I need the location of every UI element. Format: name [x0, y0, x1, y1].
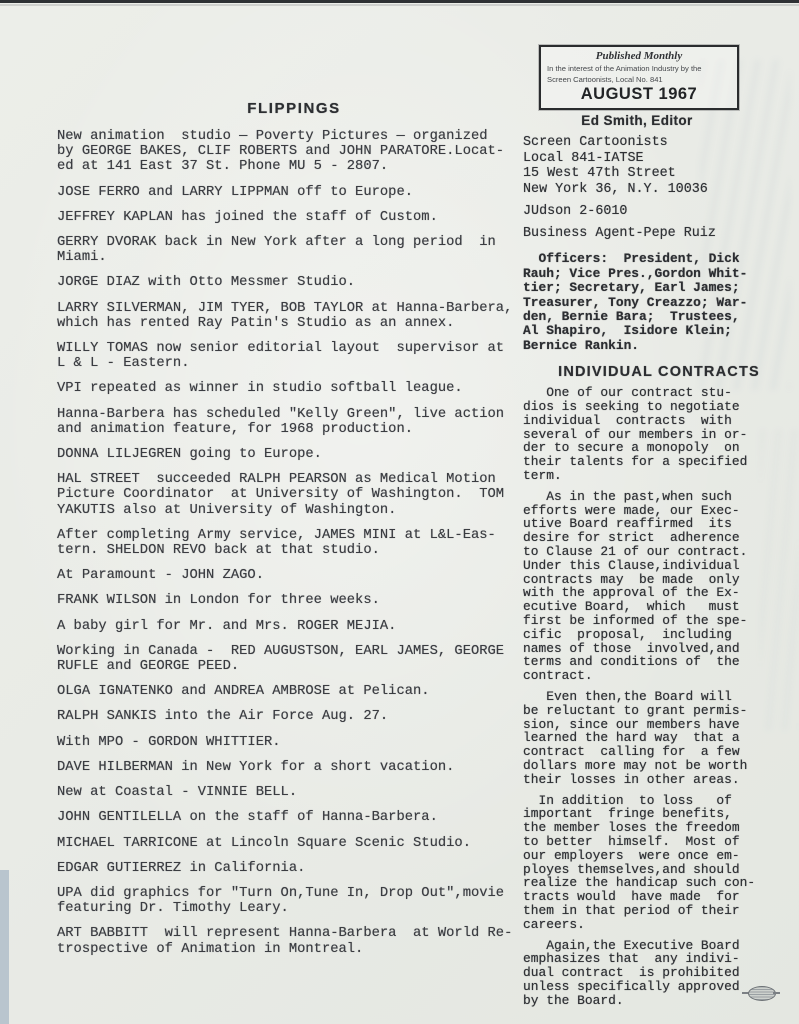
address-line: Local 841-IATSE [523, 151, 795, 167]
news-item: JEFFREY KAPLAN has joined the staff of C… [57, 210, 531, 225]
news-item: UPA did graphics for "Turn On,Tune In, D… [57, 886, 531, 916]
masthead-org-line: Screen Cartoonists, Local No. 841 [545, 75, 733, 84]
news-item: JOSE FERRO and LARRY LIPPMAN off to Euro… [57, 185, 531, 200]
news-item: At Paramount - JOHN ZAGO. [57, 568, 531, 583]
news-item: Hanna-Barbera has scheduled "Kelly Green… [57, 407, 531, 437]
news-item: FRANK WILSON in London for three weeks. [57, 593, 531, 608]
news-item: JOHN GENTILELLA on the staff of Hanna-Ba… [57, 810, 531, 825]
news-item: LARRY SILVERMAN, JIM TYER, BOB TAYLOR at… [57, 301, 531, 331]
masthead-column: Published Monthly In the interest of the… [523, 45, 795, 1014]
contracts-paragraph: As in the past,when such efforts were ma… [523, 490, 795, 683]
news-item: New animation studio — Poverty Pictures … [57, 129, 531, 175]
masthead-box: Published Monthly In the interest of the… [539, 45, 739, 110]
contracts-paragraph: In addition to loss of important fringe … [523, 794, 795, 932]
address-line: 15 West 47th Street [523, 166, 795, 182]
news-item: HAL STREET succeeded RALPH PEARSON as Me… [57, 472, 531, 518]
scan-left-edge [0, 870, 9, 1024]
address-line: New York 36, N.Y. 10036 [523, 182, 795, 198]
news-item: ART BABBITT will represent Hanna-Barbera… [57, 926, 531, 956]
published-monthly-line: Published Monthly [545, 50, 733, 62]
news-item: RALPH SANKIS into the Air Force Aug. 27. [57, 709, 531, 724]
news-item: A baby girl for Mr. and Mrs. ROGER MEJIA… [57, 619, 531, 634]
news-item: EDGAR GUTIERREZ in California. [57, 861, 531, 876]
contracts-paragraph: Even then,the Board will be reluctant to… [523, 690, 795, 787]
address-line: Screen Cartoonists [523, 135, 795, 151]
news-item: After completing Army service, JAMES MIN… [57, 528, 531, 558]
news-item: Working in Canada - RED AUGUSTSON, EARL … [57, 644, 531, 674]
individual-contracts-heading: INDIVIDUAL CONTRACTS [523, 364, 795, 380]
union-bug-icon [742, 985, 780, 1001]
masthead-interest-line: In the interest of the Animation Industr… [545, 64, 733, 73]
news-item: JORGE DIAZ with Otto Messmer Studio. [57, 275, 531, 290]
union-bug-right-spike [773, 992, 780, 994]
issue-date: AUGUST 1967 [545, 85, 733, 104]
officers-list: Officers: President, Dick Rauh; Vice Pre… [523, 252, 795, 353]
news-item: WILLY TOMAS now senior editorial layout … [57, 341, 531, 371]
news-item: DONNA LILJEGREN going to Europe. [57, 447, 531, 462]
paper-fold-line [0, 4, 799, 6]
news-item: OLGA IGNATENKO and ANDREA AMBROSE at Pel… [57, 684, 531, 699]
phone-line: JUdson 2-6010 [523, 204, 795, 219]
news-item: New at Coastal - VINNIE BELL. [57, 785, 531, 800]
contracts-paragraph: One of our contract stu- dios is seeking… [523, 386, 795, 483]
scan-top-edge [0, 0, 799, 3]
news-item: DAVE HILBERMAN in New York for a short v… [57, 760, 531, 775]
news-item: VPI repeated as winner in studio softbal… [57, 381, 531, 396]
union-address-block: Screen Cartoonists Local 841-IATSE 15 We… [523, 135, 795, 197]
editor-line: Ed Smith, Editor [539, 113, 735, 128]
flippings-column: FLIPPINGS New animation studio — Poverty… [57, 100, 531, 967]
newsletter-page: FLIPPINGS New animation studio — Poverty… [0, 0, 799, 1024]
news-item: With MPO - GORDON WHITTIER. [57, 735, 531, 750]
flippings-heading: FLIPPINGS [57, 100, 531, 117]
union-bug-oval [748, 986, 776, 1001]
news-item: GERRY DVORAK back in New York after a lo… [57, 235, 531, 265]
news-item: MICHAEL TARRICONE at Lincoln Square Scen… [57, 836, 531, 851]
business-agent-line: Business Agent-Pepe Ruiz [523, 226, 795, 241]
